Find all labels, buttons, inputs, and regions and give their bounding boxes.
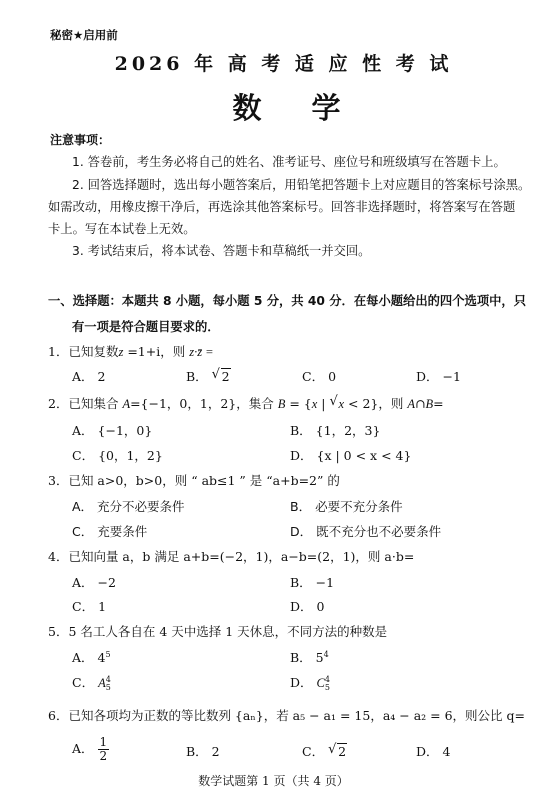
question-1: 1．已知复数z =1+i，则 z·z̄ = xyxy=(48,342,214,360)
option-text: 2 xyxy=(221,368,231,384)
question-3: 3．已知 a>0，b>0，则 “ ab≤1 ” 是 “a+b=2” 的 xyxy=(48,471,340,489)
math-op: ∩ xyxy=(415,396,425,411)
option-d[interactable]: D． 既不充分也不必要条件 xyxy=(290,522,441,540)
option-a[interactable]: A． 12 xyxy=(72,736,109,763)
math-var: A xyxy=(407,397,415,411)
option-b[interactable]: B． 2 xyxy=(186,742,220,760)
subscript: 5 xyxy=(325,684,330,692)
math-var: A xyxy=(122,397,130,411)
option-text: 充分不必要条件 xyxy=(97,499,185,514)
option-label: C． xyxy=(72,675,94,690)
option-label: C． xyxy=(302,744,324,759)
option-label: D． xyxy=(290,599,313,614)
option-text: {1，2，3} xyxy=(316,423,381,438)
option-label: A． xyxy=(72,650,94,665)
option-d[interactable]: D． −1 xyxy=(416,367,461,385)
math-var: B xyxy=(425,397,433,411)
option-d[interactable]: D． C45 xyxy=(290,673,330,692)
option-label: C． xyxy=(72,448,94,463)
option-text: 0 xyxy=(317,599,325,614)
math-var: x xyxy=(338,397,344,411)
option-text: 1 xyxy=(98,599,106,614)
question-6: 6．已知各项均为正数的等比数列 {aₙ}，若 a₅ − a₁ = 15，a₄ −… xyxy=(48,706,525,724)
question-number: 2． xyxy=(48,396,68,411)
option-label: B． xyxy=(186,744,208,759)
question-text: 已知向量 a，b 满足 a+b=(−2，1)，a−b=(2，1)，则 a·b= xyxy=(68,549,414,564)
option-b[interactable]: B． {1，2，3} xyxy=(290,421,380,439)
option-label: B． xyxy=(290,650,312,665)
numerator: 1 xyxy=(98,736,110,750)
question-text: 已知各项均为正数的等比数列 {aₙ}，若 a₅ − a₁ = 15，a₄ − a… xyxy=(68,708,525,723)
question-text: ={−1，0，1，2}，集合 xyxy=(130,396,278,411)
option-label: D． xyxy=(416,369,439,384)
option-text: −1 xyxy=(443,369,461,384)
option-text: −1 xyxy=(316,575,334,590)
notes-heading: 注意事项： xyxy=(50,131,110,148)
option-a[interactable]: A． 2 xyxy=(72,367,105,385)
option-c[interactable]: C． 0 xyxy=(302,367,336,385)
option-a[interactable]: A． 充分不必要条件 xyxy=(72,497,185,515)
page-footer: 数学试题第 1 页（共 4 页） xyxy=(0,772,547,789)
option-text: 充要条件 xyxy=(97,524,147,539)
note-item-2-cont: 如需改动，用橡皮擦干净后，再选涂其他答案标号。回答非选择题时，将答案写在答题 xyxy=(48,197,515,215)
option-label: A． xyxy=(72,741,94,756)
question-text: 已知集合 xyxy=(68,396,122,411)
option-c[interactable]: C． 2 xyxy=(302,742,347,760)
section-heading-line1: 一、选择题：本题共 8 小题，每小题 5 分，共 40 分．在每小题给出的四个选… xyxy=(48,291,526,309)
option-text: 必要不充分条件 xyxy=(315,499,403,514)
option-a[interactable]: A． −2 xyxy=(72,573,116,591)
question-4: 4．已知向量 a，b 满足 a+b=(−2，1)，a−b=(2，1)，则 a·b… xyxy=(48,547,414,565)
option-label: C． xyxy=(72,524,93,539)
option-a[interactable]: A． {−1，0} xyxy=(72,421,152,439)
option-c[interactable]: C． 1 xyxy=(72,597,106,615)
subscript: 5 xyxy=(106,684,111,692)
option-text: 4 xyxy=(443,744,451,759)
question-number: 5． xyxy=(48,624,68,639)
option-label: A． xyxy=(72,575,94,590)
question-number: 6． xyxy=(48,708,68,723)
math-op: = xyxy=(433,396,443,411)
option-d[interactable]: D． 0 xyxy=(290,597,324,615)
question-text: = { xyxy=(285,396,311,411)
option-a[interactable]: A． 45 xyxy=(72,648,111,666)
option-c[interactable]: C． 充要条件 xyxy=(72,522,147,540)
question-number: 4． xyxy=(48,549,68,564)
option-label: D． xyxy=(290,448,313,463)
option-label: D． xyxy=(290,524,312,539)
math-expr: z·z̄ = xyxy=(189,345,213,359)
question-2: 2．已知集合 A={−1，0，1，2}，集合 B = {x | x < 2}，则… xyxy=(48,394,444,412)
question-number: 1． xyxy=(48,344,68,359)
option-text: A xyxy=(98,676,106,690)
option-label: D． xyxy=(290,675,313,690)
superscript: 5 xyxy=(105,650,110,659)
option-b[interactable]: B． 54 xyxy=(290,648,329,666)
option-label: C． xyxy=(302,369,324,384)
exam-title: 2026 年 高 考 适 应 性 考 试 xyxy=(0,49,547,76)
sqrt-expr: 2 xyxy=(328,744,347,759)
question-5: 5．5 名工人各自在 4 天中选择 1 天休息，不同方法的种数是 xyxy=(48,622,387,640)
option-text: C xyxy=(317,676,325,690)
option-label: B． xyxy=(290,575,312,590)
denominator: 2 xyxy=(98,750,110,763)
option-text: 既不充分也不必要条件 xyxy=(316,524,441,539)
sqrt-expr: 2 xyxy=(212,369,231,384)
option-b[interactable]: B． −1 xyxy=(290,573,334,591)
option-label: A． xyxy=(72,499,93,514)
option-d[interactable]: D． 4 xyxy=(416,742,450,760)
superscript: 4 xyxy=(324,650,329,659)
option-c[interactable]: C． {0，1，2} xyxy=(72,446,163,464)
note-item-2-cont2: 卡上。写在本试卷上无效。 xyxy=(48,219,196,237)
option-label: B． xyxy=(290,499,311,514)
option-text: {−1，0} xyxy=(98,423,153,438)
option-text: {0，1，2} xyxy=(98,448,163,463)
option-text: −2 xyxy=(98,575,116,590)
question-text: | xyxy=(317,396,329,411)
option-text: 0 xyxy=(328,369,336,384)
option-label: B． xyxy=(290,423,312,438)
question-text: < 2}，则 xyxy=(344,396,407,411)
option-label: A． xyxy=(72,423,94,438)
note-item-2: 2. 回答选择题时，选出每小题答案后，用铅笔把答题卡上对应题目的答案标号涂黑。 xyxy=(72,175,530,193)
question-number: 3． xyxy=(48,473,68,488)
option-text: 2 xyxy=(337,743,347,759)
confidential-label: 秘密★启用前 xyxy=(50,27,118,43)
option-b[interactable]: B． 必要不充分条件 xyxy=(290,497,403,515)
option-text: 2 xyxy=(98,369,106,384)
option-label: D． xyxy=(416,744,439,759)
question-text: 5 名工人各自在 4 天中选择 1 天休息，不同方法的种数是 xyxy=(68,624,387,639)
sqrt-expr: x xyxy=(329,396,344,412)
option-b[interactable]: B． 2 xyxy=(186,367,231,385)
subject-title: 数 学 xyxy=(0,86,547,127)
option-text: 2 xyxy=(212,744,220,759)
note-item-3: 3. 考试结束后，将本试卷、答题卡和草稿纸一并交回。 xyxy=(72,241,370,259)
fraction: 12 xyxy=(98,736,110,763)
option-label: A． xyxy=(72,369,94,384)
note-item-1: 1. 答卷前，考生务必将自己的姓名、准考证号、座位号和班级填写在答题卡上。 xyxy=(72,152,506,170)
question-text: 已知复数 xyxy=(68,344,118,359)
option-text: {x | 0 < x < 4} xyxy=(317,448,412,463)
option-c[interactable]: C． A45 xyxy=(72,673,111,692)
question-text: =1+i，则 xyxy=(123,344,189,359)
option-label: C． xyxy=(72,599,94,614)
question-text: 已知 a>0，b>0，则 “ ab≤1 ” 是 “a+b=2” 的 xyxy=(68,473,339,488)
option-label: B． xyxy=(186,369,208,384)
option-d[interactable]: D． {x | 0 < x < 4} xyxy=(290,446,411,464)
section-heading-line2: 有一项是符合题目要求的． xyxy=(72,317,220,335)
option-text: 5 xyxy=(316,650,324,665)
